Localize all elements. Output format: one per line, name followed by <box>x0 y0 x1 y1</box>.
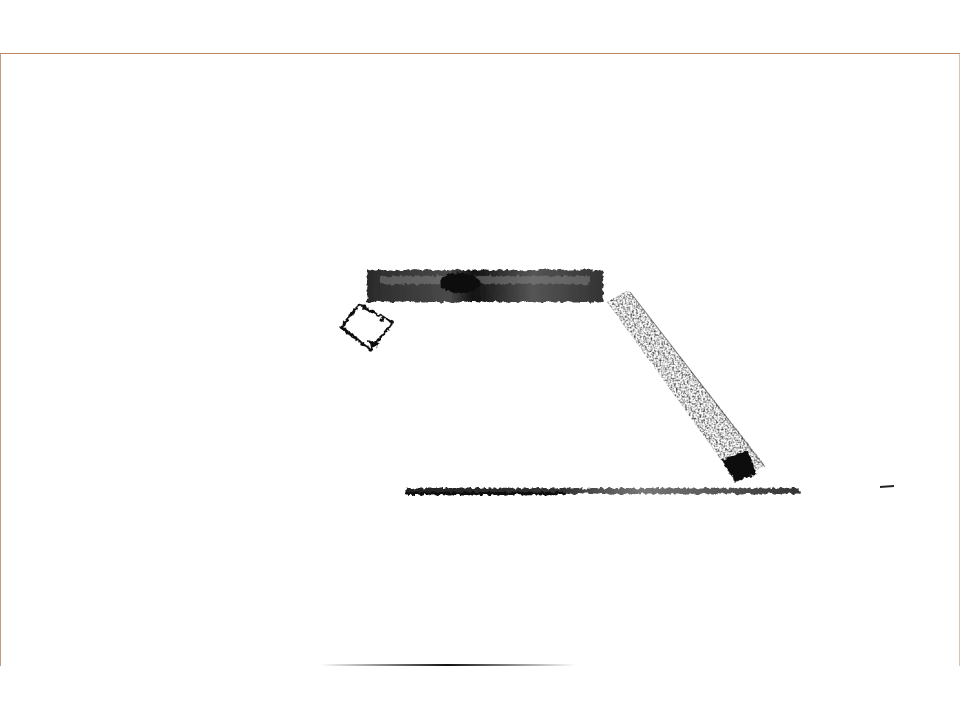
diagonal-band <box>607 290 765 482</box>
horizontal-brush-bar <box>367 270 603 302</box>
ink-sketch <box>0 0 960 720</box>
baseline-stroke <box>406 488 800 495</box>
small-dash-mark <box>880 486 894 487</box>
tilted-square <box>341 305 393 350</box>
paper-bottom-edge <box>320 664 575 666</box>
